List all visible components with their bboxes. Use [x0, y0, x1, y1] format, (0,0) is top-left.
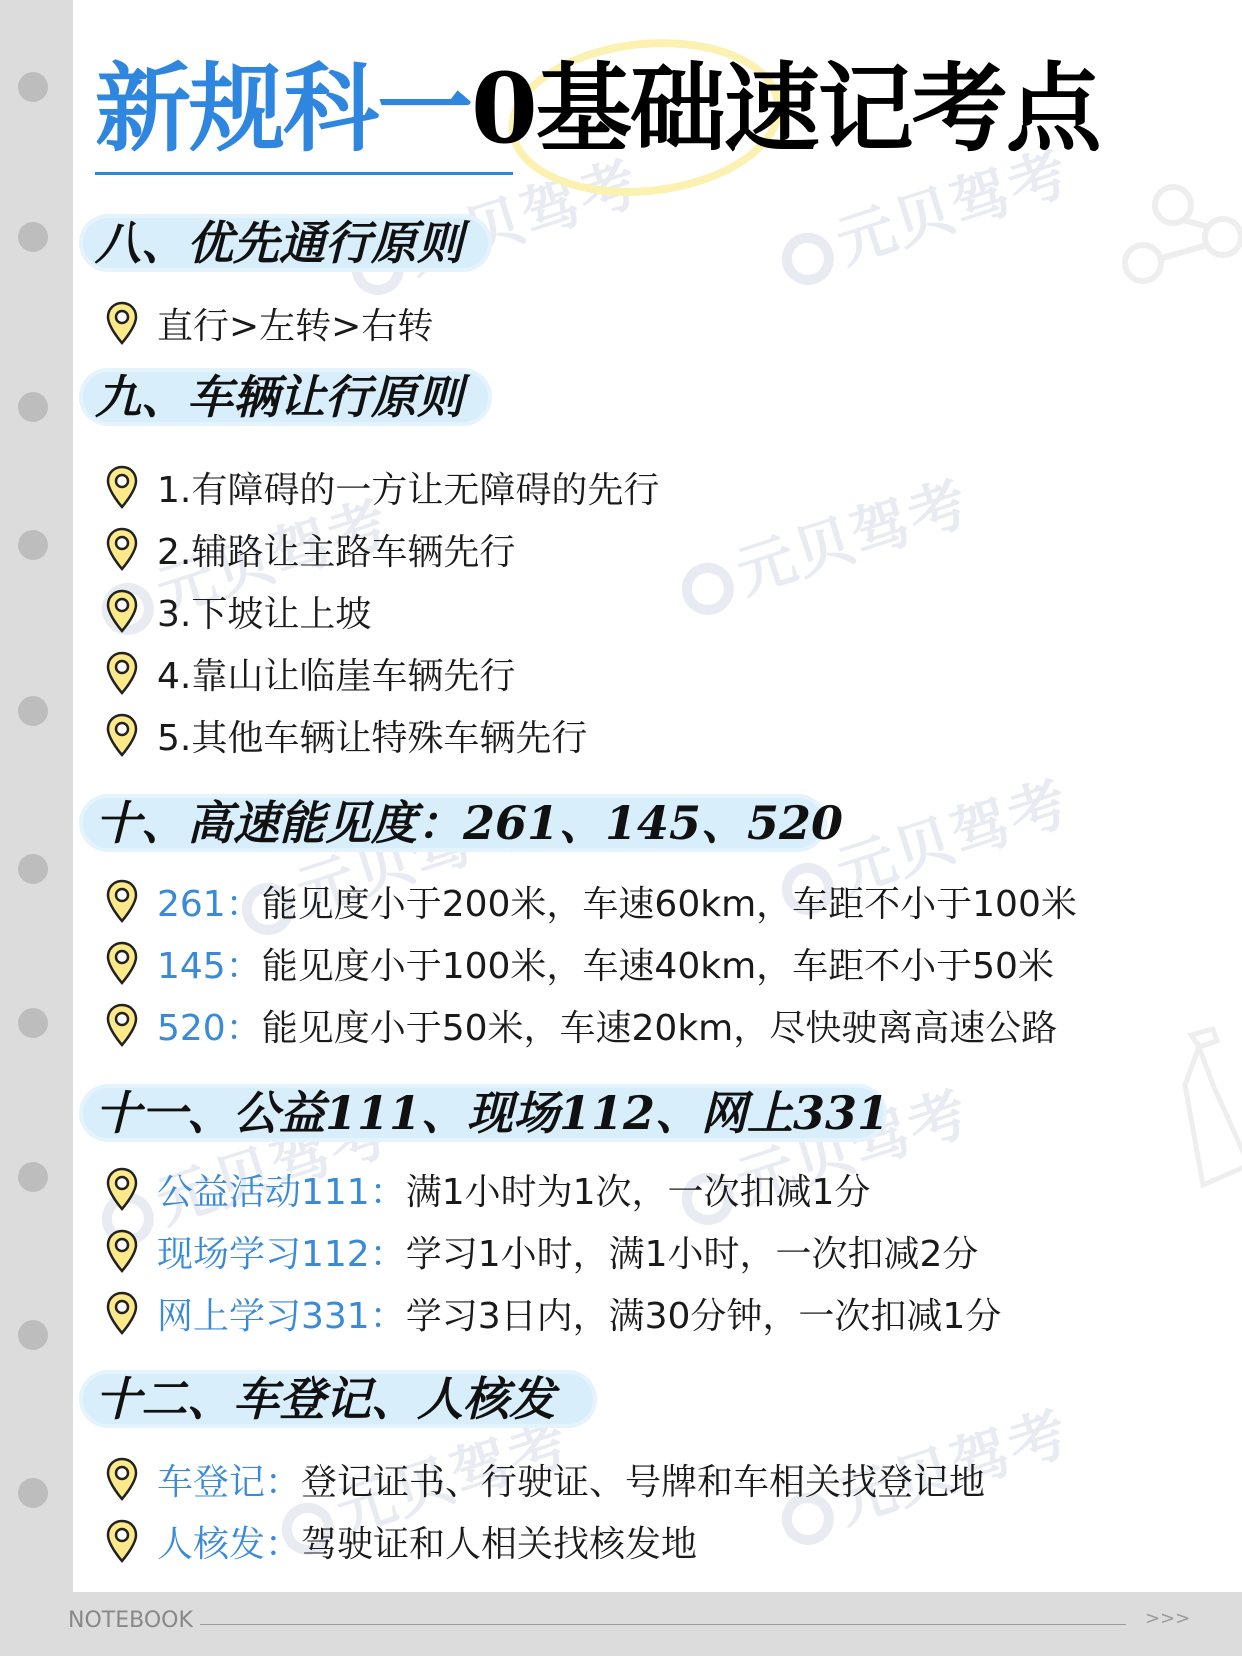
steering-wheel-icon	[675, 556, 741, 622]
steering-wheel-icon	[775, 226, 841, 292]
title-black-part: 0基础速记考点	[471, 52, 1100, 165]
list-item: 520：能见度小于50米，车速20km，尽快驶离高速公路	[105, 1000, 1057, 1050]
map-pin-icon	[105, 1291, 139, 1335]
map-pin-icon	[105, 527, 139, 571]
notebook-page: 元贝驾考 元贝驾考 元贝驾考 元贝驾考 元贝驾考 元贝驾考 元贝驾考 元贝驾考 …	[73, 0, 1242, 1592]
title-underline	[95, 172, 513, 175]
list-item: 3.下坡让上坡	[105, 586, 371, 636]
item-key: 车登记：	[157, 1454, 301, 1505]
list-item: 5.其他车辆让特殊车辆先行	[105, 710, 587, 760]
map-pin-icon	[105, 879, 139, 923]
section-heading: 十、高速能见度：261、145、520	[83, 790, 843, 856]
binder-ring	[18, 696, 48, 726]
binder-ring	[18, 854, 48, 884]
list-item: 车登记：登记证书、行驶证、号牌和车相关找登记地	[105, 1454, 985, 1504]
map-pin-icon	[105, 1519, 139, 1563]
section-heading: 十二、车登记、人核发	[83, 1366, 555, 1432]
footer-label: NOTEBOOK	[68, 1608, 193, 1633]
binder-ring	[18, 1162, 48, 1192]
page-title: 新规科一0基础速记考点	[95, 54, 1100, 164]
map-pin-icon	[105, 651, 139, 695]
map-pin-icon	[105, 301, 139, 345]
list-item: 4.靠山让临崖车辆先行	[105, 648, 515, 698]
footer: NOTEBOOK >>>	[0, 1592, 1242, 1656]
item-key: 公益活动111：	[157, 1164, 406, 1215]
footer-divider	[200, 1624, 1126, 1625]
map-pin-icon	[105, 589, 139, 633]
list-item: 人核发：驾驶证和人相关找核发地	[105, 1516, 697, 1566]
binder-ring	[18, 530, 48, 560]
section-heading: 九、车辆让行原则	[83, 364, 463, 430]
next-arrows-icon: >>>	[1145, 1608, 1190, 1629]
list-item: 直行>左转>右转	[105, 298, 433, 348]
item-key: 人核发：	[157, 1516, 301, 1567]
title-blue-part: 新规科一	[95, 52, 471, 165]
list-item: 145：能见度小于100米，车速40km，车距不小于50米	[105, 938, 1054, 988]
list-item: 网上学习331：学习3日内，满30分钟，一次扣减1分	[105, 1288, 1001, 1338]
map-pin-icon	[105, 1457, 139, 1501]
item-key: 现场学习112：	[157, 1226, 406, 1277]
list-item: 1.有障碍的一方让无障碍的先行	[105, 462, 659, 512]
list-item: 公益活动111：满1小时为1次，一次扣减1分	[105, 1164, 870, 1214]
item-key: 520：	[157, 1000, 262, 1051]
section-heading: 十一、公益111、现场112、网上331	[83, 1080, 889, 1146]
binder-ring	[18, 72, 48, 102]
binder-ring	[18, 1320, 48, 1350]
map-pin-icon	[105, 465, 139, 509]
map-pin-icon	[105, 1003, 139, 1047]
watermark: 元贝驾考	[667, 456, 978, 629]
map-pin-icon	[105, 941, 139, 985]
flask-icon	[1173, 1025, 1242, 1195]
list-item: 现场学习112：学习1小时，满1小时，一次扣减2分	[105, 1226, 978, 1276]
item-key: 261：	[157, 876, 262, 927]
item-key: 145：	[157, 938, 262, 989]
binder-ring	[18, 222, 48, 252]
molecule-icon	[1113, 175, 1242, 285]
binder-ring	[18, 392, 48, 422]
map-pin-icon	[105, 1167, 139, 1211]
list-item: 261：能见度小于200米，车速60km，车距不小于100米	[105, 876, 1077, 926]
binder-ring	[18, 1478, 48, 1508]
binder-ring	[18, 1008, 48, 1038]
map-pin-icon	[105, 1229, 139, 1273]
map-pin-icon	[105, 713, 139, 757]
item-key: 网上学习331：	[157, 1288, 406, 1339]
list-item: 2.辅路让主路车辆先行	[105, 524, 515, 574]
section-heading: 八、优先通行原则	[83, 210, 463, 276]
